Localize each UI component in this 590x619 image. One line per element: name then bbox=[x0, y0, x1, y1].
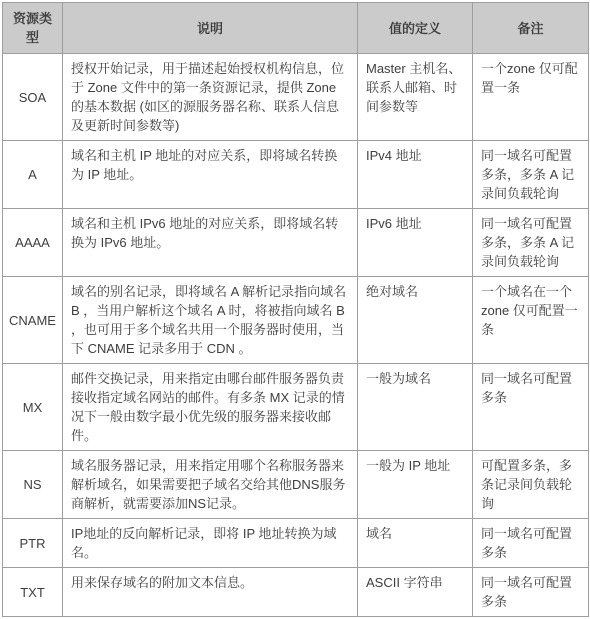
note-cell: 同一域名可配置多条 bbox=[473, 568, 589, 617]
table-wrapper: 资源类型 说明 值的定义 备注 SOA 授权开始记录，用于描述起始授权机构信息，… bbox=[0, 0, 590, 619]
description-cell: 授权开始记录，用于描述起始授权机构信息，位于 Zone 文件中的第一条资源记录，… bbox=[63, 54, 358, 141]
description-cell: 用来保存域名的附加文本信息。 bbox=[63, 568, 358, 617]
column-header-value: 值的定义 bbox=[358, 3, 473, 54]
record-type-cell: NS bbox=[3, 451, 63, 519]
value-cell: 一般为 IP 地址 bbox=[358, 451, 473, 519]
table-row-soa: SOA 授权开始记录，用于描述起始授权机构信息，位于 Zone 文件中的第一条资… bbox=[3, 54, 589, 141]
description-cell: 邮件交换记录，用来指定由哪台邮件服务器负责接收指定域名网站的邮件。有多条 MX … bbox=[63, 364, 358, 451]
record-type-cell: A bbox=[3, 141, 63, 209]
note-cell: 同一域名可配置多条 bbox=[473, 364, 589, 451]
description-cell: 域名的别名记录，即将域名 A 解析记录指向域名 B ，当用户解析这个域名 A 时… bbox=[63, 277, 358, 364]
note-cell: 同一域名可配置多条 bbox=[473, 519, 589, 568]
value-cell: IPv4 地址 bbox=[358, 141, 473, 209]
value-cell: 域名 bbox=[358, 519, 473, 568]
note-cell: 同一域名可配置多条，多条 A 记录间负载轮询 bbox=[473, 141, 589, 209]
description-cell: 域名服务器记录，用来指定用哪个名称服务器来解析域名，如果需要把子域名交给其他DN… bbox=[63, 451, 358, 519]
table-row-a: A 域名和主机 IP 地址的对应关系，即将域名转换为 IP 地址。 IPv4 地… bbox=[3, 141, 589, 209]
record-type-cell: CNAME bbox=[3, 277, 63, 364]
record-type-cell: MX bbox=[3, 364, 63, 451]
table-row-txt: TXT 用来保存域名的附加文本信息。 ASCII 字符串 同一域名可配置多条 bbox=[3, 568, 589, 617]
table-row-cname: CNAME 域名的别名记录，即将域名 A 解析记录指向域名 B ，当用户解析这个… bbox=[3, 277, 589, 364]
table-row-mx: MX 邮件交换记录，用来指定由哪台邮件服务器负责接收指定域名网站的邮件。有多条 … bbox=[3, 364, 589, 451]
record-type-cell: PTR bbox=[3, 519, 63, 568]
note-cell: 同一域名可配置多条，多条 A 记录间负载轮询 bbox=[473, 209, 589, 277]
description-cell: 域名和主机 IP 地址的对应关系，即将域名转换为 IP 地址。 bbox=[63, 141, 358, 209]
value-cell: 绝对域名 bbox=[358, 277, 473, 364]
column-header-description: 说明 bbox=[63, 3, 358, 54]
header-row: 资源类型 说明 值的定义 备注 bbox=[3, 3, 589, 54]
dns-record-table: 资源类型 说明 值的定义 备注 SOA 授权开始记录，用于描述起始授权机构信息，… bbox=[2, 2, 589, 617]
value-cell: 一般为域名 bbox=[358, 364, 473, 451]
description-cell: IP地址的反向解析记录，即将 IP 地址转换为域名。 bbox=[63, 519, 358, 568]
note-cell: 可配置多条，多条记录间负载轮询 bbox=[473, 451, 589, 519]
record-type-cell: TXT bbox=[3, 568, 63, 617]
table-row-ns: NS 域名服务器记录，用来指定用哪个名称服务器来解析域名，如果需要把子域名交给其… bbox=[3, 451, 589, 519]
record-type-cell: SOA bbox=[3, 54, 63, 141]
note-cell: 一个zone 仅可配置一条 bbox=[473, 54, 589, 141]
table-row-ptr: PTR IP地址的反向解析记录，即将 IP 地址转换为域名。 域名 同一域名可配… bbox=[3, 519, 589, 568]
table-header: 资源类型 说明 值的定义 备注 bbox=[3, 3, 589, 54]
column-header-note: 备注 bbox=[473, 3, 589, 54]
description-cell: 域名和主机 IPv6 地址的对应关系，即将域名转换为 IPv6 地址。 bbox=[63, 209, 358, 277]
value-cell: IPv6 地址 bbox=[358, 209, 473, 277]
column-header-type: 资源类型 bbox=[3, 3, 63, 54]
table-body: SOA 授权开始记录，用于描述起始授权机构信息，位于 Zone 文件中的第一条资… bbox=[3, 54, 589, 617]
value-cell: ASCII 字符串 bbox=[358, 568, 473, 617]
table-row-aaaa: AAAA 域名和主机 IPv6 地址的对应关系，即将域名转换为 IPv6 地址。… bbox=[3, 209, 589, 277]
value-cell: Master 主机名、联系人邮箱、时间参数等 bbox=[358, 54, 473, 141]
note-cell: 一个域名在一个 zone 仅可配置一条 bbox=[473, 277, 589, 364]
record-type-cell: AAAA bbox=[3, 209, 63, 277]
